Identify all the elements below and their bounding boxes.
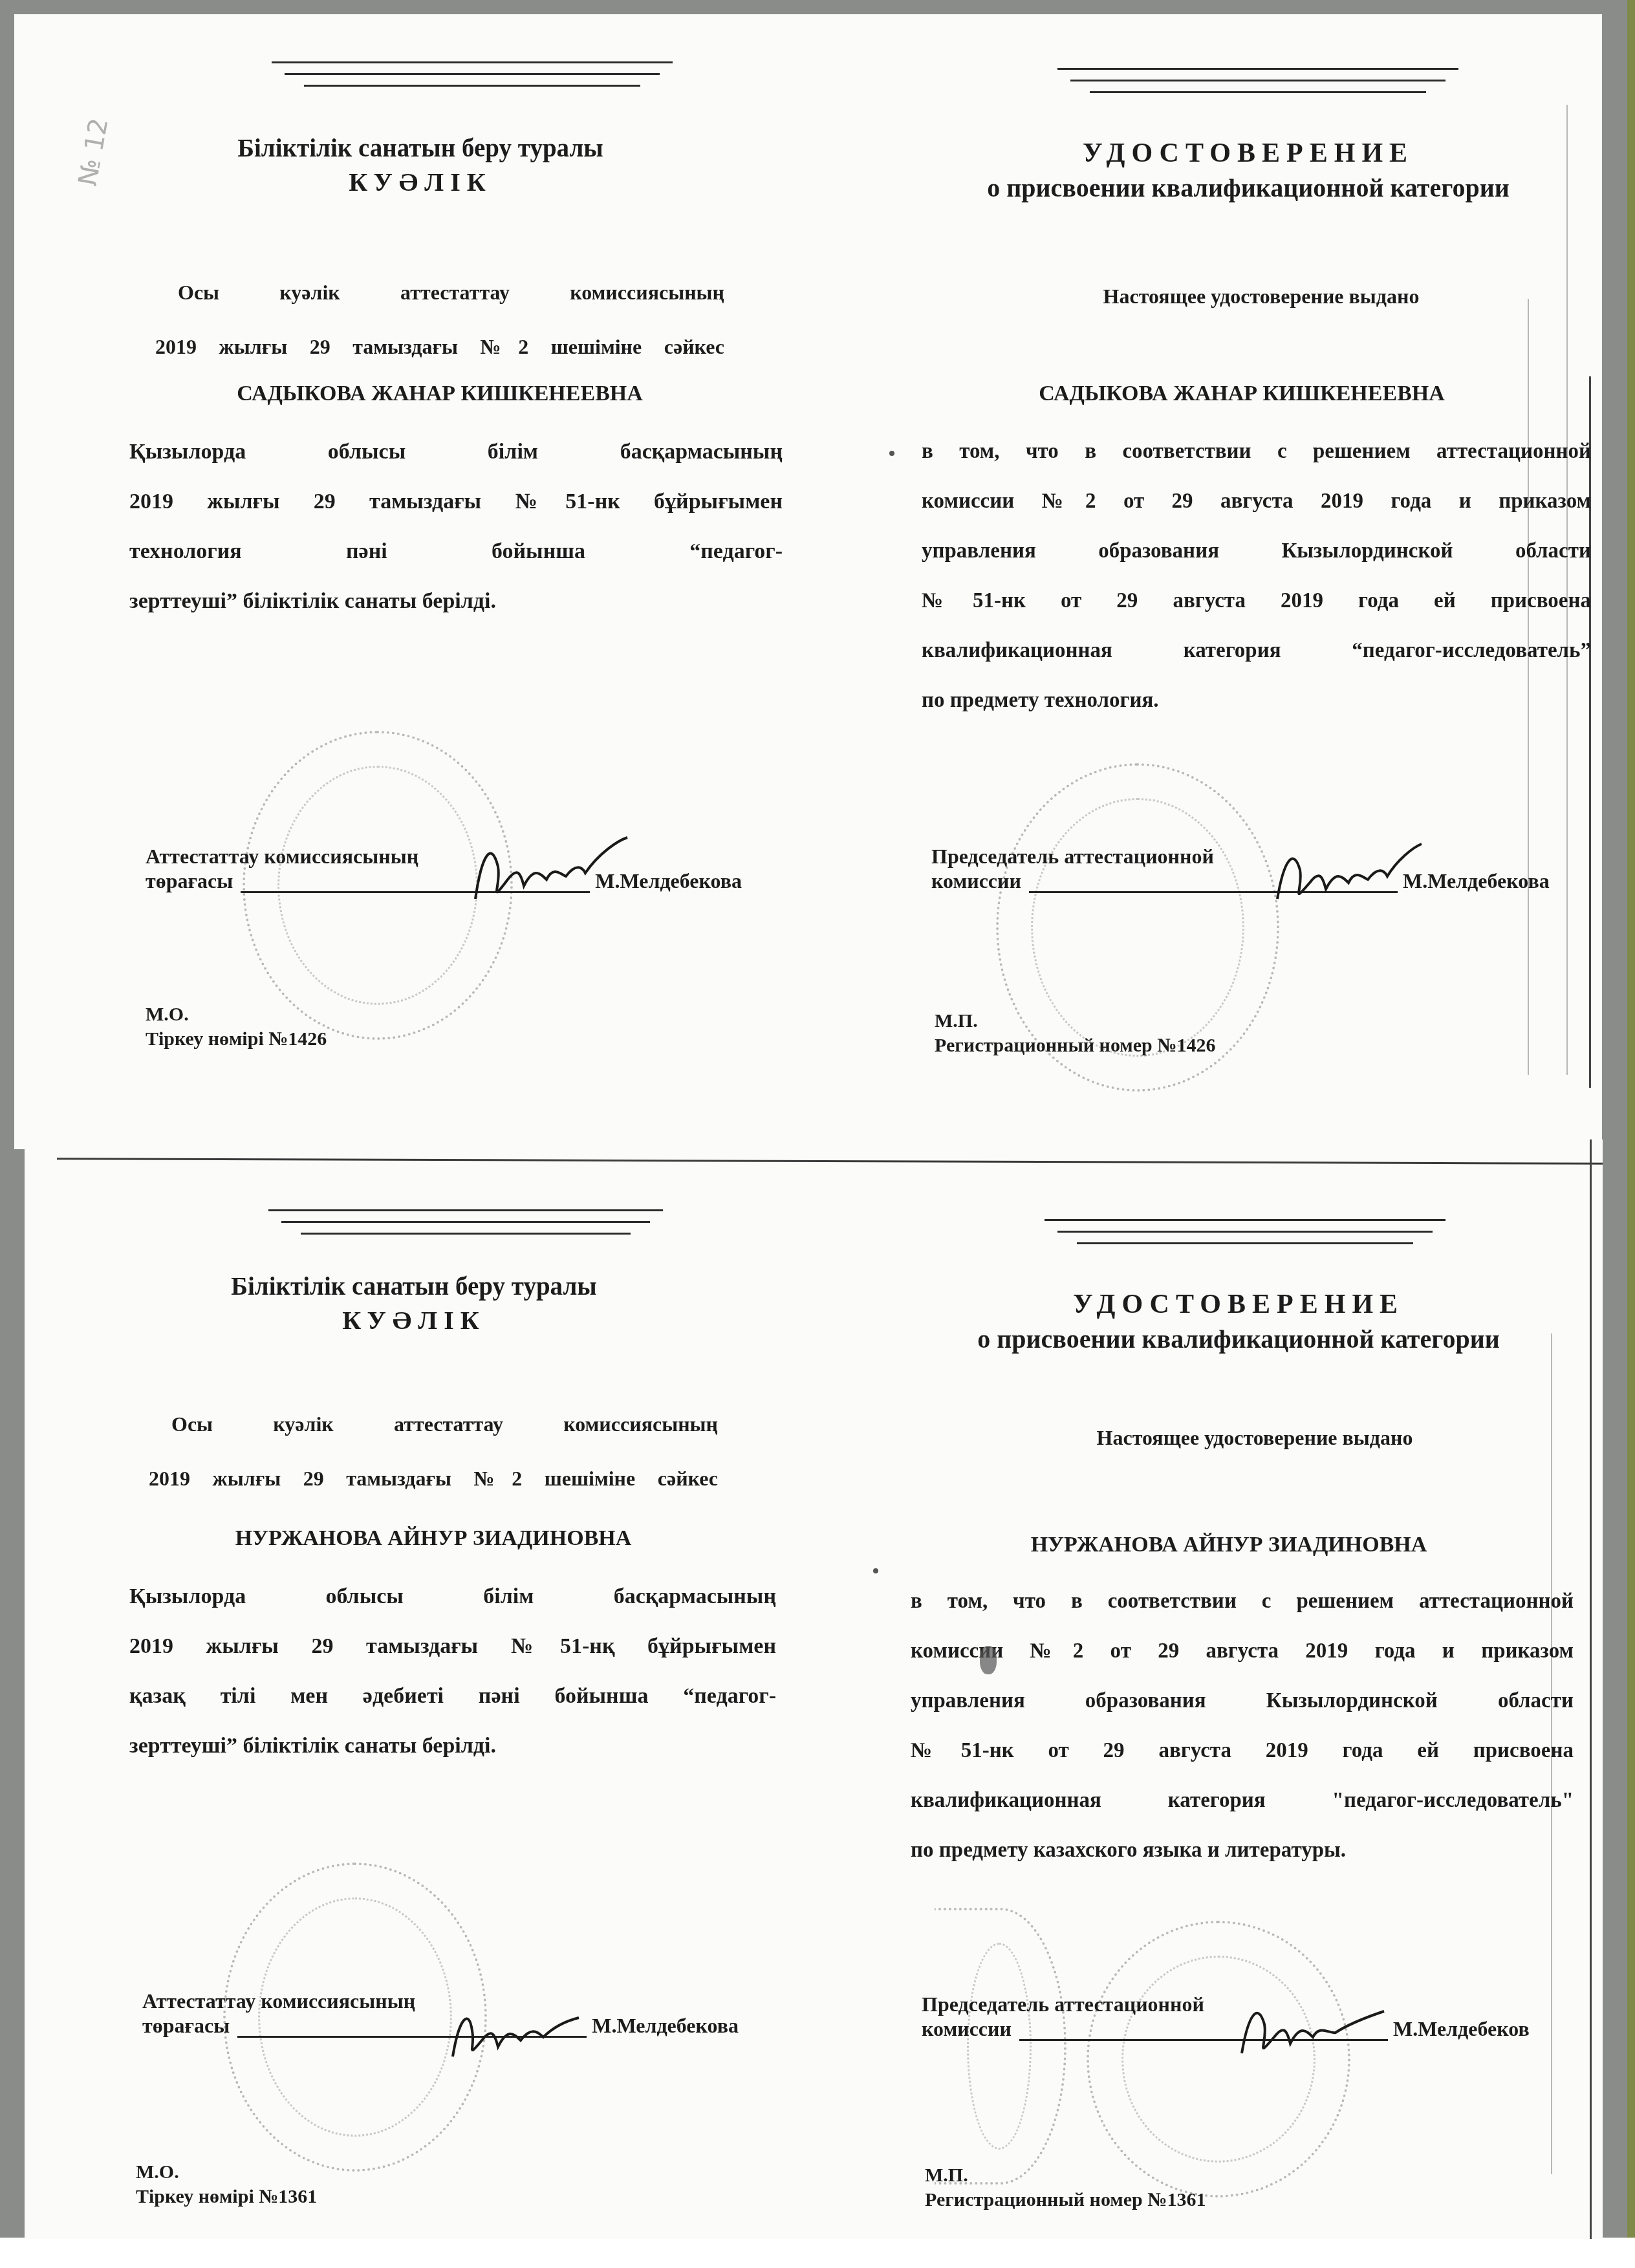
kz-title: КУӘЛІК <box>149 1304 679 1337</box>
ru-body-line: управления образования Кызылординской об… <box>911 1676 1574 1726</box>
kz-seal-label: М.О. <box>136 2160 317 2185</box>
ru-body-line: управления образования Кызылординской об… <box>922 526 1591 576</box>
kz-recipient-name: САДЫКОВА ЖАНАР КИШКЕНЕЕВНА <box>155 382 724 406</box>
kz-body-line: қазақ тілі мен әдебиеті пәні бойынша “пе… <box>129 1671 776 1721</box>
handwritten-note: № 12 <box>73 116 114 188</box>
kz-heading: Біліктілік санатын беру туралы <box>149 1271 679 1304</box>
decorative-rules <box>1057 68 1458 103</box>
scanner-edge <box>1627 0 1635 2238</box>
kz-seal-area: М.О. Тіркеу нөмірі №1426 <box>146 1002 327 1052</box>
ru-signer-title-2: комиссии <box>922 2017 1012 2040</box>
ru-body-line: №51-нк от 29 августа 2019 года ей присво… <box>911 1726 1574 1776</box>
ru-issued-to: Настоящее удостоверение выдано <box>970 285 1552 308</box>
ru-subtitle: о присвоении квалификационной категории <box>899 1323 1578 1356</box>
ru-title: УДОСТОВЕРЕНИЕ <box>905 136 1591 171</box>
ru-heading-block: УДОСТОВЕРЕНИЕ о присвоении квалификацион… <box>899 1287 1578 1356</box>
ru-signer-title-2: комиссии <box>931 869 1021 892</box>
ru-heading-block: УДОСТОВЕРЕНИЕ о присвоении квалификацион… <box>905 136 1591 205</box>
ru-body: в том, что в соответствии с решением атт… <box>922 427 1591 726</box>
kz-registration-number: Тіркеу нөмірі №1426 <box>146 1027 327 1052</box>
kz-body: Қызылорда облысы білім басқармасының 201… <box>129 427 783 626</box>
official-seal-stamp <box>935 1908 1067 2185</box>
ru-registration-number: Регистрационный номер №1426 <box>935 1033 1215 1058</box>
ru-seal-area: М.П. Регистрационный номер №1361 <box>925 2163 1206 2212</box>
scan-edge-line <box>1590 1139 1592 2239</box>
fold-line <box>57 1158 1603 1165</box>
ru-body-line: комиссии №2 от 29 августа 2019 года и пр… <box>922 477 1591 526</box>
ru-seal-label: М.П. <box>935 1009 1215 1033</box>
ru-body-line: квалификационная категория “педагог-иссл… <box>922 626 1591 676</box>
ru-signer-name: М.Мелдебекова <box>1403 869 1550 892</box>
ru-body-line: в том, что в соответствии с решением атт… <box>911 1577 1574 1626</box>
ru-body-line: в том, что в соответствии с решением атт… <box>922 427 1591 477</box>
scan-mark <box>889 451 894 456</box>
decorative-rules <box>268 1209 663 1244</box>
ink-smudge <box>980 1646 997 1674</box>
kz-body-line: Қызылорда облысы білім басқармасының <box>129 427 783 477</box>
ru-seal-area: М.П. Регистрационный номер №1426 <box>935 1009 1215 1058</box>
ru-signer-title-1: Председатель аттестационной <box>931 844 1597 869</box>
kz-body-line: технология пәні бойынша “педагог- <box>129 526 783 576</box>
kz-body-line: 2019 жылғы 29 тамыздағы №51-нқ бұйрығыме… <box>129 1621 776 1671</box>
kz-intro: Осы куәлік аттестаттау комиссиясының 201… <box>149 1397 718 1506</box>
kz-signer-title-2: төрағасы <box>146 869 233 892</box>
kz-seal-area: М.О. Тіркеу нөмірі №1361 <box>136 2160 317 2209</box>
ru-registration-number: Регистрационный номер №1361 <box>925 2188 1206 2212</box>
scan-mark <box>873 1568 878 1573</box>
kz-body: Қызылорда облысы білім басқармасының 201… <box>129 1571 776 1771</box>
kz-heading-block: Біліктілік санатын беру туралы КУӘЛІК <box>155 133 686 199</box>
ru-title: УДОСТОВЕРЕНИЕ <box>899 1287 1578 1323</box>
kz-body-line: 2019 жылғы 29 тамыздағы №51-нк бұйрығыме… <box>129 477 783 526</box>
handwritten-signature <box>440 1992 582 2069</box>
ru-body-line: по предмету казахского языка и литератур… <box>911 1826 1574 1875</box>
kz-body-line: Қызылорда облысы білім басқармасының <box>129 1571 776 1621</box>
ru-issued-to: Настоящее удостоверение выдано <box>964 1426 1546 1450</box>
kz-signer-title-2: төрағасы <box>142 2014 230 2037</box>
ru-subtitle: о присвоении квалификационной категории <box>905 171 1591 205</box>
ru-signature-block: Председатель аттестационной комиссии М.М… <box>931 844 1597 893</box>
kz-intro: Осы куәлік аттестаттау комиссиясының 201… <box>155 265 724 374</box>
kz-intro-line: Осы куәлік аттестаттау комиссиясының <box>149 1397 718 1451</box>
kz-intro-line: 2019 жылғы 29 тамыздағы №2 шешіміне сәйк… <box>149 1451 718 1506</box>
kz-recipient-name: НУРЖАНОВА АЙНУР ЗИАДИНОВНА <box>149 1526 718 1551</box>
ru-seal-label: М.П. <box>925 2163 1206 2188</box>
ru-body-line: комиссии №2 от 29 августа 2019 года и пр… <box>911 1626 1574 1676</box>
kz-heading: Біліктілік санатын беру туралы <box>155 133 686 166</box>
kz-registration-number: Тіркеу нөмірі №1361 <box>136 2185 317 2209</box>
kz-intro-line: Осы куәлік аттестаттау комиссиясының <box>155 265 724 319</box>
handwritten-signature <box>1268 834 1423 918</box>
kz-heading-block: Біліктілік санатын беру туралы КУӘЛІК <box>149 1271 679 1337</box>
ru-recipient-name: НУРЖАНОВА АЙНУР ЗИАДИНОВНА <box>918 1533 1539 1557</box>
kz-body-line: зерттеуші” біліктілік санаты берілді. <box>129 1721 776 1771</box>
ru-body: в том, что в соответствии с решением атт… <box>911 1577 1574 1875</box>
kz-signer-name: М.Мелдебекова <box>592 2014 739 2037</box>
decorative-rules <box>1045 1219 1446 1254</box>
decorative-rules <box>272 61 673 96</box>
kz-body-line: зерттеуші” біліктілік санаты берілді. <box>129 576 783 626</box>
ru-body-line: по предмету технология. <box>922 676 1591 726</box>
ru-body-line: квалификационная категория "педагог-иссл… <box>911 1776 1574 1826</box>
kz-intro-line: 2019 жылғы 29 тамыздағы №2 шешіміне сәйк… <box>155 319 724 374</box>
kz-title: КУӘЛІК <box>155 166 686 199</box>
handwritten-signature <box>1232 1989 1387 2073</box>
kz-seal-label: М.О. <box>146 1002 327 1027</box>
ru-body-line: №51-нк от 29 августа 2019 года ей присво… <box>922 576 1591 626</box>
ru-recipient-name: САДЫКОВА ЖАНАР КИШКЕНЕЕВНА <box>931 382 1552 406</box>
ru-signer-name: М.Мелдебеков <box>1393 2017 1530 2040</box>
handwritten-signature <box>462 828 631 925</box>
